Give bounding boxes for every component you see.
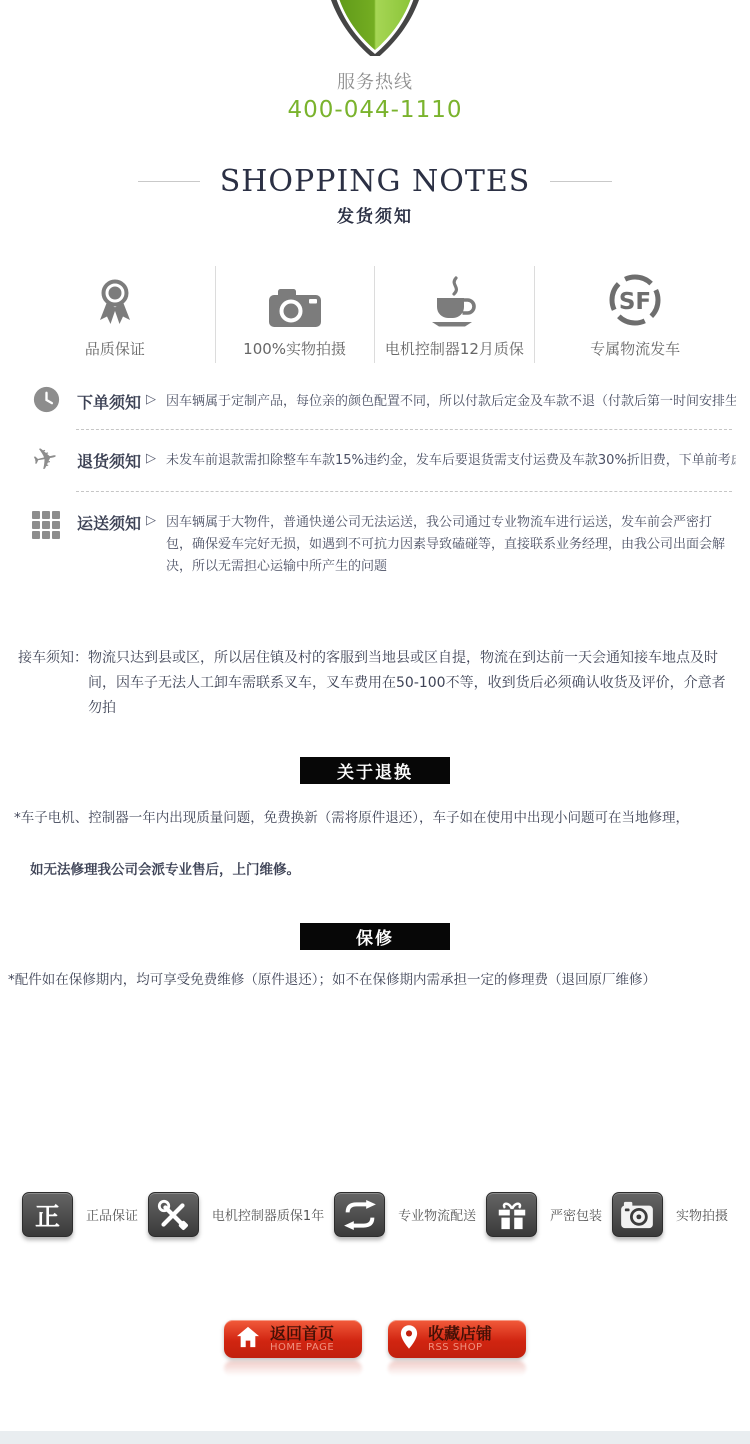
guarantee-packaging: 严密包装 xyxy=(486,1192,602,1237)
guarantee-label: 专业物流配送 xyxy=(398,1205,476,1224)
notice-return: ✈ 退货须知 ▷ 未发车前退款需扣除整车车款15%违约金，发车后要退货需支付运费… xyxy=(0,445,750,475)
home-button-label-zh: 返回首页 xyxy=(270,1325,334,1343)
button-reflection xyxy=(224,1361,362,1376)
footer-buttons: 返回首页 HOME PAGE 收藏店铺 RSS SHOP xyxy=(0,1320,750,1376)
returns-line2: 如无法修理我公司会派专业售后，上门维修。 xyxy=(0,858,750,878)
guarantee-delivery: 专业物流配送 xyxy=(334,1192,476,1237)
authentic-seal-icon: 正 xyxy=(22,1192,73,1237)
guarantee-label: 电机控制器质保1年 xyxy=(212,1205,324,1224)
guarantee-authentic: 正 正品保证 xyxy=(22,1192,138,1237)
dashed-divider xyxy=(76,429,732,430)
brand-shield-wrap xyxy=(0,0,750,56)
title-divider-right xyxy=(550,181,612,182)
gift-box-icon xyxy=(486,1192,537,1237)
guarantee-label: 实物拍摄 xyxy=(676,1205,728,1224)
coffee-cup-icon xyxy=(425,270,483,328)
hotline-block: 服务热线 400-044-1110 xyxy=(0,68,750,123)
camera-icon xyxy=(268,270,322,328)
feature-real-photos: 100%实物拍摄 xyxy=(216,266,375,363)
feature-label: 专属物流发车 xyxy=(590,338,680,363)
dashed-divider xyxy=(76,491,732,492)
location-pin-icon xyxy=(400,1324,418,1354)
favorite-button-label-zh: 收藏店铺 xyxy=(428,1325,492,1343)
hotline-phone-number: 400-044-1110 xyxy=(0,97,750,123)
notice-title: 下单须知 xyxy=(77,386,141,413)
sf-express-icon: SF xyxy=(607,270,663,328)
home-icon xyxy=(236,1326,260,1352)
notice-title: 运送须知 xyxy=(77,507,141,534)
notice-order: 下单须知 ▷ 因车辆属于定制产品，每位亲的颜色配置不同，所以付款后定金及车款不退… xyxy=(0,386,750,413)
notice-title: 退货须知 xyxy=(77,445,141,472)
warranty-text: *配件如在保修期内，均可享受免费维修（原件退还）；如不在保修期内需承担一定的修理… xyxy=(0,968,750,988)
arrow-right-icon: ▷ xyxy=(146,386,156,407)
notice-shipping: 运送须知 ▷ 因车辆属于大物件，普通快递公司无法运送，我公司通过专业物流车进行运… xyxy=(0,507,750,578)
guarantee-label: 正品保证 xyxy=(86,1205,138,1224)
section-title-zh: 发货须知 xyxy=(0,202,750,227)
sf-logo-text: SF xyxy=(619,289,651,315)
notice-text: 因车辆属于大物件，普通快递公司无法运送，我公司通过专业物流车进行运送，发车前会严… xyxy=(166,507,736,578)
feature-row: 品质保证 100%实物拍摄 电机控制器12月质保 xyxy=(0,266,750,363)
arrow-right-icon: ▷ xyxy=(146,445,156,466)
feature-quality: 品质保证 xyxy=(15,266,216,363)
airplane-icon: ✈ xyxy=(28,445,64,475)
shield-icon xyxy=(319,0,431,56)
section-title-en: SHOPPING NOTES xyxy=(220,164,531,199)
returns-banner: 关于退换 xyxy=(300,757,450,784)
bottom-bar xyxy=(0,1431,750,1444)
feature-label: 100%实物拍摄 xyxy=(243,338,346,363)
favorite-shop-button[interactable]: 收藏店铺 RSS SHOP xyxy=(388,1320,526,1358)
hotline-label: 服务热线 xyxy=(0,68,750,94)
guarantee-warranty: 电机控制器质保1年 xyxy=(148,1192,324,1237)
arrow-right-icon: ▷ xyxy=(146,507,156,528)
feature-label: 品质保证 xyxy=(85,338,145,363)
notice-text: 因车辆属于定制产品，每位亲的颜色配置不同，所以付款后定金及车款不退（付款后第一时… xyxy=(166,386,736,413)
pickup-note: 接车须知：物流只达到县或区，所以居住镇及村的客服到当地县或区自提，物流在到达前一… xyxy=(0,646,750,722)
feature-controller-warranty: 电机控制器12月质保 xyxy=(375,266,536,363)
returns-line1: *车子电机、控制器一年内出现质量问题，免费换新（需将原件退还），车子如在使用中出… xyxy=(0,806,750,826)
feature-label: 电机控制器12月质保 xyxy=(385,338,524,363)
home-page-button[interactable]: 返回首页 HOME PAGE xyxy=(224,1320,362,1358)
grid-icon xyxy=(28,507,64,539)
exchange-arrows-icon xyxy=(334,1192,385,1237)
warranty-banner: 保修 xyxy=(300,923,450,950)
title-divider-left xyxy=(138,181,200,182)
home-button-label-en: HOME PAGE xyxy=(270,1342,334,1353)
favorite-button-label-en: RSS SHOP xyxy=(428,1342,492,1353)
button-reflection xyxy=(388,1361,526,1376)
guarantee-photos: 实物拍摄 xyxy=(612,1192,728,1237)
clock-icon xyxy=(28,386,64,413)
section-title-block: SHOPPING NOTES 发货须知 xyxy=(0,164,750,227)
feature-logistics: SF 专属物流发车 xyxy=(535,266,735,363)
guarantee-label: 严密包装 xyxy=(550,1205,602,1224)
camera-photo-icon xyxy=(612,1192,663,1237)
medal-icon xyxy=(94,270,136,328)
guarantee-strip: 正 正品保证 电机控制器质保1年 专业物流配送 xyxy=(0,1192,750,1237)
notice-text: 未发车前退款需扣除整车车款15%违约金，发车后要退货需支付运费及车款30%折旧费… xyxy=(166,445,736,472)
repair-tools-icon xyxy=(148,1192,199,1237)
notice-list: 下单须知 ▷ 因车辆属于定制产品，每位亲的颜色配置不同，所以付款后定金及车款不退… xyxy=(0,386,750,578)
